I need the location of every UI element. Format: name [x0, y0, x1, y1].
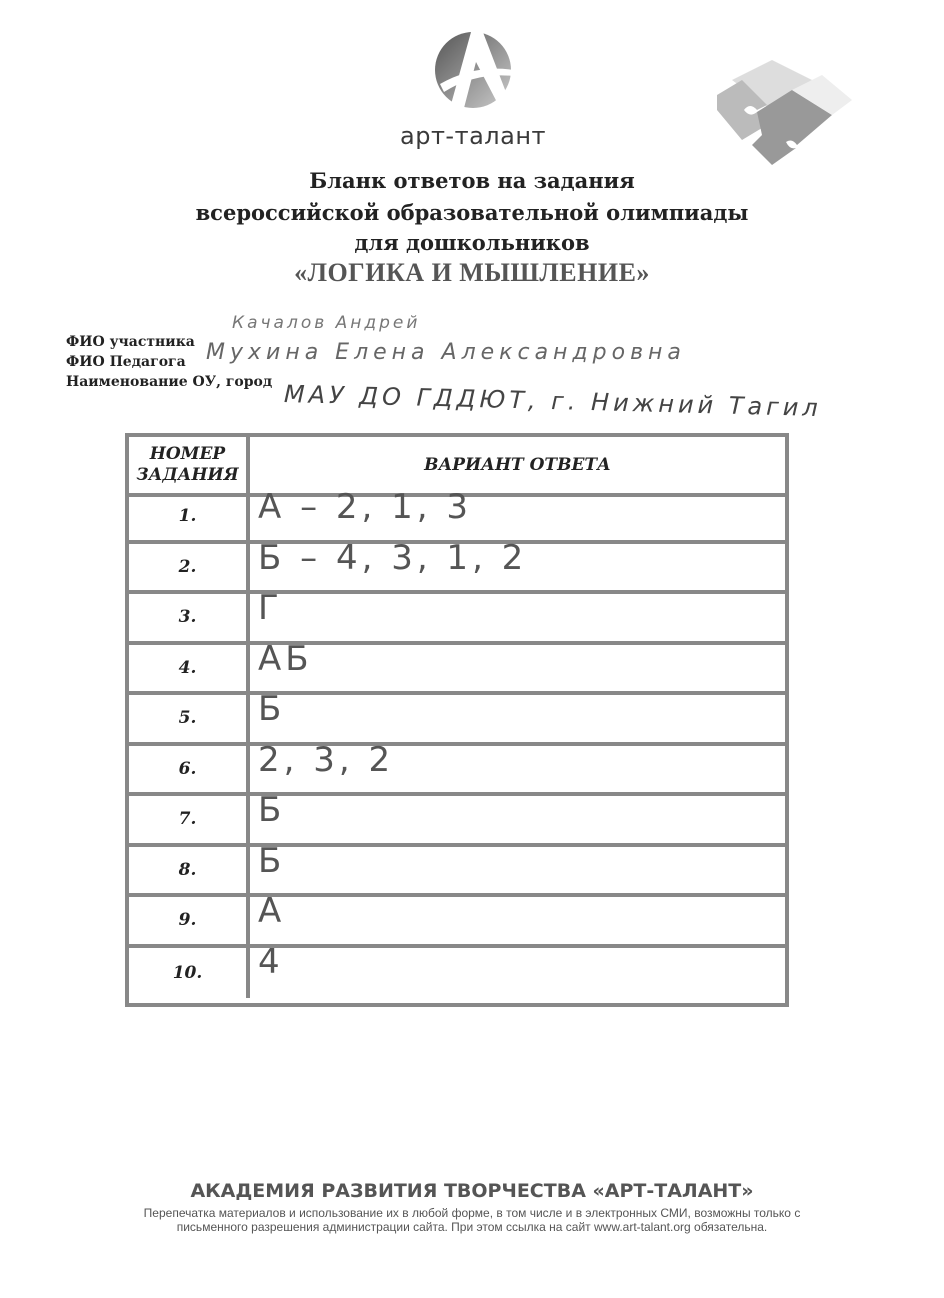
teacher-value[interactable]: Мухина Елена Александровна [206, 340, 686, 365]
answer-cell[interactable]: 4 [250, 948, 785, 999]
answer-table: НОМЕР ЗАДАНИЯ ВАРИАНТ ОТВЕТА 1.А – 2, 1,… [125, 433, 789, 1007]
footer-copyright-line-1: Перепечатка материалов и использование и… [60, 1206, 884, 1220]
table-row: 3.Г [129, 594, 785, 645]
task-number: 10. [129, 948, 250, 999]
task-number: 9. [129, 897, 250, 944]
answer-cell[interactable]: Б [250, 847, 785, 894]
task-number: 5. [129, 695, 250, 742]
task-number: 4. [129, 645, 250, 692]
title-line-2: всероссийской образовательной олимпиады [0, 200, 944, 225]
table-row: 6.2, 3, 2 [129, 746, 785, 797]
table-row: 7.Б [129, 796, 785, 847]
handwritten-answer: АБ [258, 639, 313, 679]
olympiad-name: «ЛОГИКА И МЫШЛЕНИЕ» [0, 258, 944, 288]
answer-cell[interactable]: Б – 4, 3, 1, 2 [250, 544, 785, 591]
handwritten-answer: 2, 3, 2 [258, 740, 394, 780]
art-talant-logo-icon [430, 12, 516, 112]
table-row: 4.АБ [129, 645, 785, 696]
org-label: Наименование ОУ, город [66, 372, 272, 392]
handwritten-answer: Б [258, 689, 285, 729]
answer-cell[interactable]: 2, 3, 2 [250, 746, 785, 793]
table-row: 1.А – 2, 1, 3 [129, 493, 785, 544]
col-number-header: НОМЕР ЗАДАНИЯ [129, 437, 250, 493]
task-number: 8. [129, 847, 250, 894]
handwritten-answer: 4 [258, 942, 284, 982]
participant-value[interactable]: Качалов Андрей [232, 313, 420, 333]
answer-cell[interactable]: Б [250, 796, 785, 843]
answer-cell[interactable]: Г [250, 594, 785, 641]
handwritten-answer: Б – 4, 3, 1, 2 [258, 538, 527, 578]
table-row: 10.4 [129, 948, 785, 999]
handwritten-answer: Б [258, 841, 285, 881]
org-value[interactable]: МАУ ДО ГДДЮТ, г. Нижний Тагил [284, 380, 822, 422]
task-number: 7. [129, 796, 250, 843]
handwritten-answer: Б [258, 790, 285, 830]
table-row: 2.Б – 4, 3, 1, 2 [129, 544, 785, 595]
handwritten-answer: А – 2, 1, 3 [258, 487, 472, 527]
puzzle-pieces-icon [712, 50, 862, 170]
title-line-1: Бланк ответов на задания [0, 168, 944, 193]
handwritten-answer: А [258, 891, 285, 931]
task-number: 1. [129, 493, 250, 540]
answer-cell[interactable]: Б [250, 695, 785, 742]
table-row: 8.Б [129, 847, 785, 898]
table-row: 5.Б [129, 695, 785, 746]
footer-copyright-line-2: письменного разрешения администрации сай… [60, 1220, 884, 1234]
answer-cell[interactable]: А – 2, 1, 3 [250, 493, 785, 540]
logo-text: арт-талант [388, 122, 558, 150]
title-line-3: для дошкольников [0, 230, 944, 255]
task-number: 3. [129, 594, 250, 641]
footer-title: АКАДЕМИЯ РАЗВИТИЯ ТВОРЧЕСТВА «АРТ-ТАЛАНТ… [0, 1180, 944, 1202]
table-row: 9.А [129, 897, 785, 948]
task-number: 2. [129, 544, 250, 591]
col-answer-header: ВАРИАНТ ОТВЕТА [250, 437, 785, 493]
answer-cell[interactable]: АБ [250, 645, 785, 692]
task-number: 6. [129, 746, 250, 793]
answer-cell[interactable]: А [250, 897, 785, 944]
handwritten-answer: Г [258, 588, 283, 628]
